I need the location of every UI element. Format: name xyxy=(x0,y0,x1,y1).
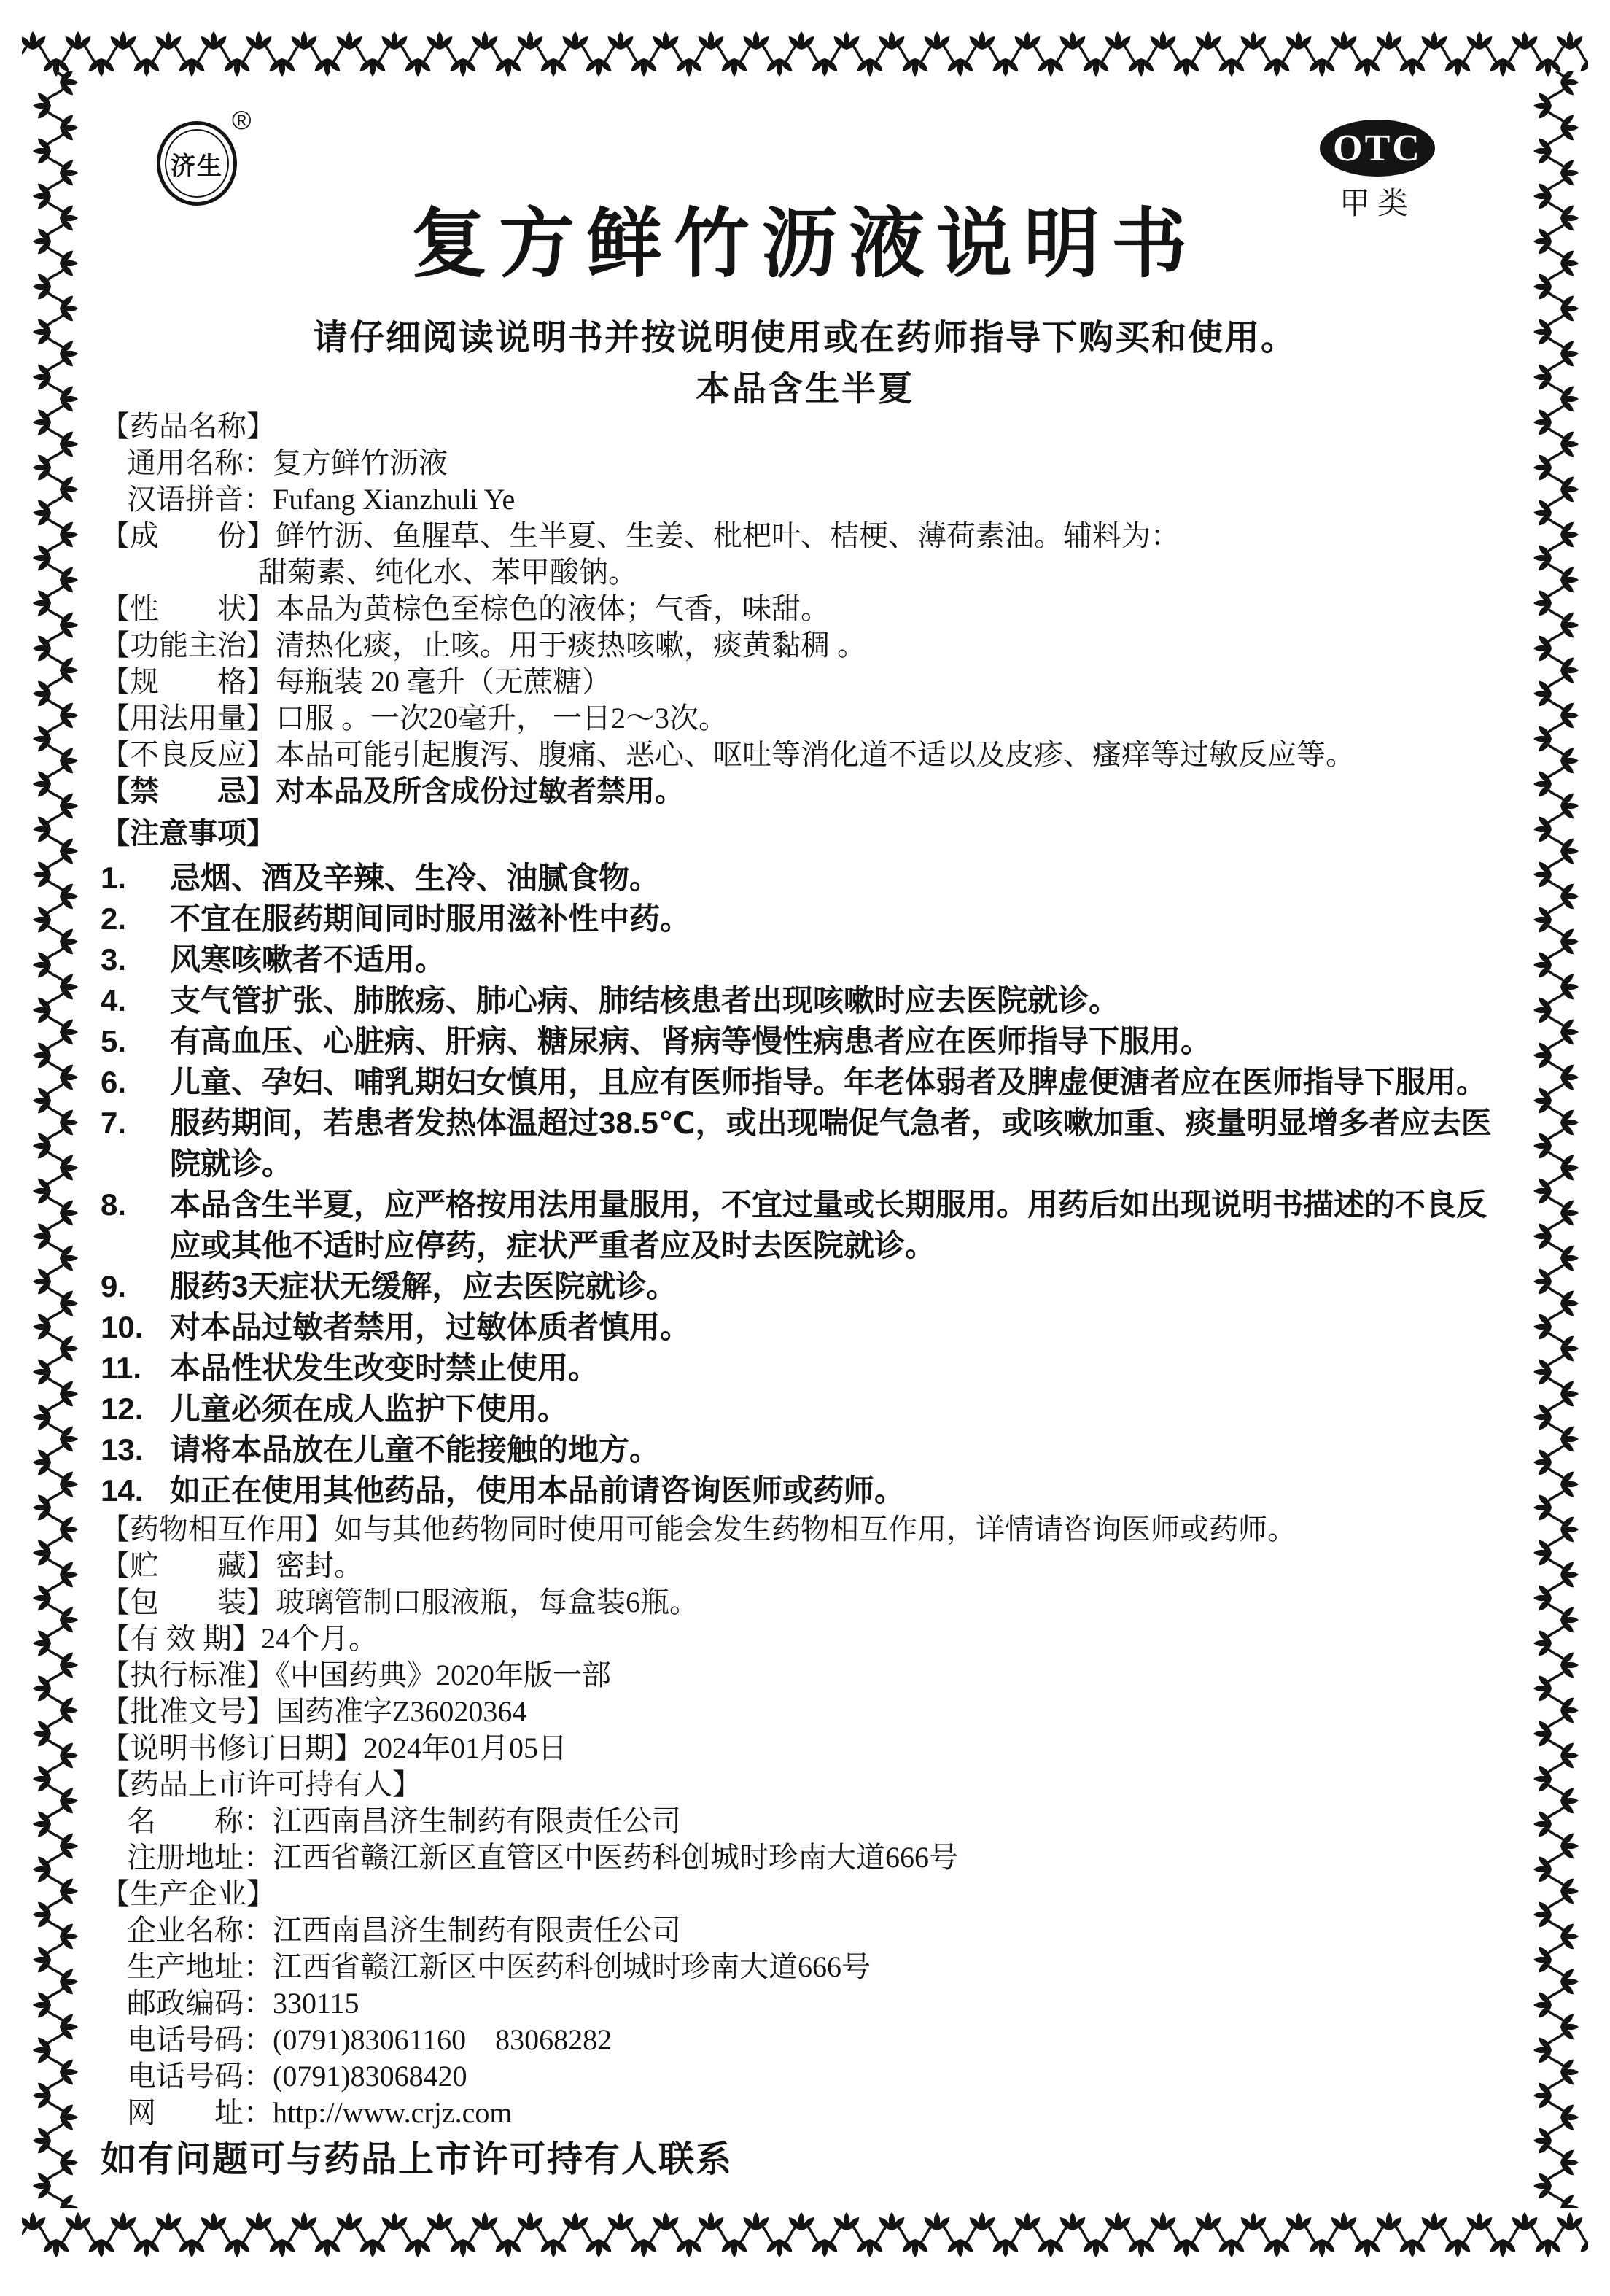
item-number: 7. xyxy=(101,1103,170,1144)
item-number: 2. xyxy=(101,899,170,939)
item-number: 10. xyxy=(101,1307,170,1348)
item-number: 9. xyxy=(101,1266,170,1307)
doc-line: 13.请将本品放在儿童不能接触的地方。 xyxy=(101,1430,1517,1470)
doc-body: 【药品名称】通用名称：复方鲜竹沥液汉语拼音：Fufang Xianzhuli Y… xyxy=(101,408,1517,2182)
doc-line: 9.服药3天症状无缓解，应去医院就诊。 xyxy=(101,1266,1517,1307)
doc-line: 企业名称：江西南昌济生制药有限责任公司 xyxy=(101,1912,1517,1949)
doc-line: 11.本品性状发生改变时禁止使用。 xyxy=(101,1348,1517,1389)
section-label: 【禁 忌】 xyxy=(101,775,276,807)
page-title: 复方鲜竹沥液说明书 xyxy=(0,182,1610,292)
item-number: 6. xyxy=(101,1062,170,1103)
section-label: 【成 份】 xyxy=(101,519,276,552)
decorative-border-bottom xyxy=(22,2207,1588,2264)
section-label: 【有 效 期】 xyxy=(101,1622,261,1655)
item-number: 5. xyxy=(101,1021,170,1062)
doc-line: 【禁 忌】对本品及所含成份过敏者禁用。 xyxy=(101,773,1517,810)
section-label: 【药品名称】 xyxy=(101,410,276,443)
section-label: 【包 装】 xyxy=(101,1586,276,1618)
section-label: 【说明书修订日期】 xyxy=(101,1731,363,1764)
section-label: 【贮 藏】 xyxy=(101,1549,276,1582)
doc-line: 【成 份】鲜竹沥、鱼腥草、生半夏、生姜、枇杷叶、桔梗、薄荷素油。辅料为： xyxy=(101,518,1517,554)
doc-line: 甜菊素、纯化水、苯甲酸钠。 xyxy=(101,554,1517,591)
doc-line: 7.服药期间，若患者发热体温超过38.5℃，或出现喘促气急者，或咳嗽加重、痰量明… xyxy=(101,1103,1517,1184)
doc-line: 1.忌烟、酒及辛辣、生冷、油腻食物。 xyxy=(101,858,1517,899)
doc-line: 电话号码：(0791)83061160 83068282 xyxy=(101,2022,1517,2058)
doc-line: 【规 格】每瓶装 20 毫升（无蔗糖） xyxy=(101,664,1517,700)
doc-line: 14.如正在使用其他药品，使用本品前请咨询医师或药师。 xyxy=(101,1470,1517,1511)
doc-line: 【药物相互作用】如与其他药物同时使用可能会发生药物相互作用，详情请咨询医师或药师… xyxy=(101,1511,1517,1548)
section-label: 【性 状】 xyxy=(101,592,276,625)
item-number: 1. xyxy=(101,858,170,899)
ingredient-warning-notice: 本品含生半夏 xyxy=(0,362,1610,411)
doc-line: 3.风寒咳嗽者不适用。 xyxy=(101,939,1517,980)
doc-line: 【注意事项】 xyxy=(101,815,1517,852)
registered-trademark-icon: ® xyxy=(232,105,252,136)
doc-line: 10.对本品过敏者禁用，过敏体质者慎用。 xyxy=(101,1307,1517,1348)
doc-line: 【性 状】本品为黄棕色至棕色的液体；气香，味甜。 xyxy=(101,591,1517,627)
doc-line: 【执行标准】《中国药典》2020年版一部 xyxy=(101,1657,1517,1694)
doc-line: 8.本品含生半夏，应严格按用法用量服用，不宜过量或长期服用。用药后如出现说明书描… xyxy=(101,1184,1517,1266)
doc-line: 【不良反应】本品可能引起腹泻、腹痛、恶心、呕吐等消化道不适以及皮疹、瘙痒等过敏反… xyxy=(101,737,1517,773)
doc-line: 【批准文号】国药准字Z36020364 xyxy=(101,1694,1517,1730)
doc-line: 电话号码：(0791)83068420 xyxy=(101,2058,1517,2095)
doc-line: 【生产企业】 xyxy=(101,1876,1517,1912)
doc-line: 【有 效 期】24个月。 xyxy=(101,1621,1517,1657)
doc-line: 名 称：江西南昌济生制药有限责任公司 xyxy=(101,1803,1517,1839)
item-number: 12. xyxy=(101,1389,170,1430)
doc-line: 【药品名称】 xyxy=(101,408,1517,445)
section-label: 【药物相互作用】 xyxy=(101,1513,334,1545)
item-number: 13. xyxy=(101,1430,170,1470)
doc-line: 2.不宜在服药期间同时服用滋补性中药。 xyxy=(101,899,1517,939)
doc-line: 【药品上市许可持有人】 xyxy=(101,1766,1517,1803)
item-number: 11. xyxy=(101,1348,170,1389)
doc-line: 汉语拼音：Fufang Xianzhuli Ye xyxy=(101,481,1517,518)
doc-line: 网 址：http://www.crjz.com xyxy=(101,2095,1517,2131)
doc-line: 【贮 藏】密封。 xyxy=(101,1548,1517,1584)
decorative-border-top xyxy=(22,26,1588,83)
item-number: 4. xyxy=(101,980,170,1021)
doc-line: 注册地址：江西省赣江新区直管区中医药科创城时珍南大道666号 xyxy=(101,1839,1517,1876)
section-label: 【批准文号】 xyxy=(101,1695,276,1728)
section-label: 【不良反应】 xyxy=(101,738,276,771)
item-number: 8. xyxy=(101,1184,170,1225)
contact-footer: 如有问题可与药品上市许可持有人联系 xyxy=(101,2137,1517,2182)
section-label: 【药品上市许可持有人】 xyxy=(101,1768,421,1801)
doc-line: 12.儿童必须在成人监护下使用。 xyxy=(101,1389,1517,1430)
doc-line: 6.儿童、孕妇、哺乳期妇女慎用，且应有医师指导。年老体弱者及脾虚便溏者应在医师指… xyxy=(101,1062,1517,1103)
section-label: 【执行标准】 xyxy=(101,1659,276,1691)
section-label: 【注意事项】 xyxy=(101,818,276,850)
section-label: 【规 格】 xyxy=(101,665,276,698)
read-instructions-notice: 请仔细阅读说明书并按说明使用或在药师指导下购买和使用。 xyxy=(0,309,1610,360)
doc-line: 邮政编码：330115 xyxy=(101,1985,1517,2022)
item-number: 3. xyxy=(101,939,170,980)
section-label: 【功能主治】 xyxy=(101,629,276,662)
doc-line: 5.有高血压、心脏病、肝病、糖尿病、肾病等慢性病患者应在医师指导下服用。 xyxy=(101,1021,1517,1062)
doc-line: 生产地址：江西省赣江新区中医药科创城时珍南大道666号 xyxy=(101,1949,1517,1985)
package-insert-page: 济生 ® OTC 甲类 复方鲜竹沥液说明书 请仔细阅读说明书并按说明使用或在药师… xyxy=(0,0,1610,2296)
doc-line: 【说明书修订日期】2024年01月05日 xyxy=(101,1730,1517,1766)
section-label: 【用法用量】 xyxy=(101,702,276,734)
item-number: 14. xyxy=(101,1470,170,1511)
doc-line: 【包 装】玻璃管制口服液瓶，每盒装6瓶。 xyxy=(101,1584,1517,1621)
doc-line: 4.支气管扩张、肺脓疡、肺心病、肺结核患者出现咳嗽时应去医院就诊。 xyxy=(101,980,1517,1021)
doc-line: 【用法用量】口服 。一次20毫升， 一日2～3次。 xyxy=(101,700,1517,737)
doc-line: 通用名称：复方鲜竹沥液 xyxy=(101,445,1517,481)
doc-line: 【功能主治】清热化痰，止咳。用于痰热咳嗽，痰黄黏稠 。 xyxy=(101,627,1517,664)
section-label: 【生产企业】 xyxy=(101,1877,276,1910)
otc-label: OTC xyxy=(1320,120,1435,177)
